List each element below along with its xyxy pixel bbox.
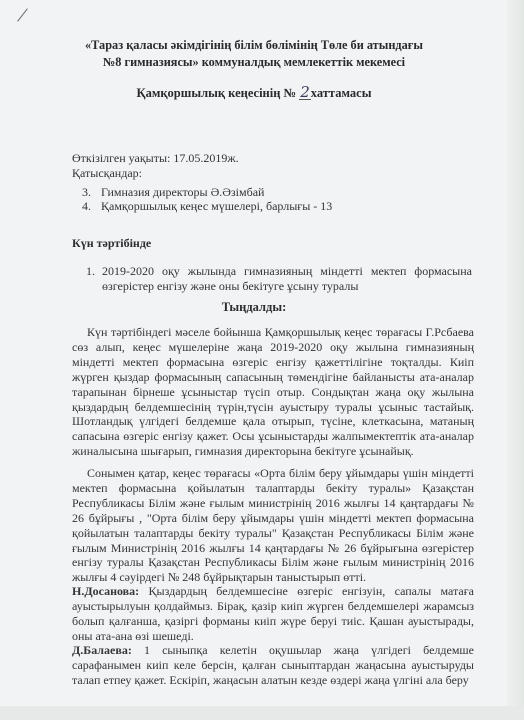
heard-section-heading: Тыңдалды: [0, 300, 516, 315]
scanned-page: «Тараз қаласы әкімдігінің білім бөліміні… [0, 0, 507, 706]
title-suffix: хаттамасы [311, 86, 372, 100]
agenda-item-text: 2019-2020 оқу жылында гимназияның міндет… [102, 264, 472, 293]
handwritten-protocol-number: 2 [299, 86, 311, 100]
scan-edge-right [507, 0, 524, 720]
participant-text: Қамқоршылық кеңес мүшелері, барлығы - 13 [101, 199, 332, 213]
pen-stroke-mark [17, 8, 28, 21]
header-institution-line2: №8 гимназиясы» коммуналдық мемлекеттік м… [0, 55, 516, 70]
held-on-date: Өткізілген уақыты: 17.05.2019ж. [72, 151, 239, 166]
speaker-name: Д.Балаева: [72, 643, 132, 657]
participant-item: 4. Қамқоршылық кеңес мүшелері, барлығы -… [82, 199, 332, 214]
participant-text: Гимназия директоры Ә.Әзімбай [101, 185, 264, 199]
speaker-statement: 1 сыныпқа келетін оқушылар жаңа үлгідегі… [72, 643, 474, 687]
agenda-heading: Күн тәртібінде [72, 236, 151, 251]
paragraph-regulations: Сонымен қатар, кеңес төрағасы «Орта білі… [72, 466, 474, 585]
scan-edge-bottom [0, 706, 524, 720]
participant-item: 3. Гимназия директоры Ә.Әзімбай [82, 185, 264, 200]
participant-number: 3. [82, 185, 98, 200]
title-prefix: Қамқоршылық кеңесінің № [137, 86, 297, 100]
agenda-item: 1. 2019-2020 оқу жылында гимназияның мін… [102, 264, 472, 294]
speaker-name: Н.Досанова: [72, 584, 139, 598]
header-institution-line1: «Тараз қаласы әкімдігінің білім бөліміні… [0, 38, 516, 53]
protocol-title: Қамқоршылық кеңесінің № 2хаттамасы [0, 86, 516, 101]
paragraph-speaker-balaeva: Д.Балаева: 1 сыныпқа келетін оқушылар жа… [72, 643, 474, 688]
agenda-item-number: 1. [86, 264, 95, 279]
paragraph-chair-speech: Күн тәртібіндегі мәселе бойынша Қамқоршы… [72, 325, 474, 459]
paragraph-speaker-dosanova: Н.Досанова: Қыздардың белдемшесіне өзгер… [72, 584, 474, 644]
participant-number: 4. [82, 199, 98, 214]
participants-label: Қатысқандар: [72, 166, 142, 181]
